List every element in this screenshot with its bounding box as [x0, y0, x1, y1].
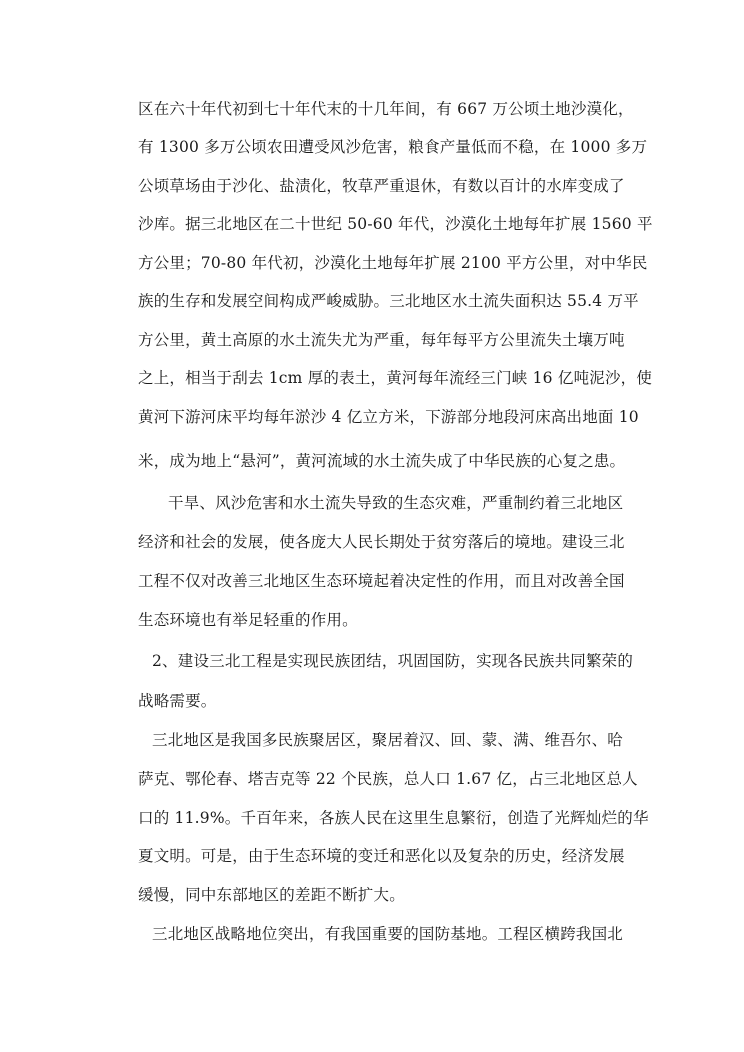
- p1-line-4: 沙库。据三北地区在二十世纪 50-60 年代，沙漠化土地每年扩展 1560 平: [138, 213, 602, 235]
- p1-line-10: 米，成为地上“悬河”，黄河流域的水土流失成了中华民族的心复之患。: [138, 450, 602, 472]
- p1-line-8: 之上，相当于刮去 1cm 厚的表土，黄河每年流经三门峡 16 亿吨泥沙，使: [138, 367, 602, 389]
- p1-line-9: 黄河下游河床平均每年淤沙 4 亿立方米，下游部分地段河床高出地面 10: [138, 406, 602, 428]
- document-page: 区在六十年代初到七十年代末的十几年间，有 667 万公顷土地沙漠化， 有 130…: [0, 0, 744, 1052]
- p1-line-3: 公顷草场由于沙化、盐渍化，牧草严重退休，有数以百计的水库变成了: [138, 175, 602, 197]
- section-heading-2-cont: 战略需要。: [138, 690, 602, 712]
- p2-line-3: 工程不仅对改善三北地区生态环境起着决定性的作用，而且对改善全国: [138, 570, 602, 592]
- p4-line-5: 缓慢，同中东部地区的差距不断扩大。: [138, 884, 602, 906]
- p1-line-1: 区在六十年代初到七十年代末的十几年间，有 667 万公顷土地沙漠化，: [138, 98, 602, 120]
- p2-line-1: 干旱、风沙危害和水土流失导致的生态灾难，严重制约着三北地区: [168, 492, 602, 514]
- p4-line-3: 口的 11.9%。千百年来，各族人民在这里生息繁衍，创造了光辉灿烂的华: [138, 807, 602, 829]
- p4-line-2: 萨克、鄂伦春、塔吉克等 22 个民族，总人口 1.67 亿，占三北地区总人: [138, 768, 602, 790]
- p2-line-2: 经济和社会的发展，使各庞大人民长期处于贫穷落后的境地。建设三北: [138, 531, 602, 553]
- p5-line-1: 三北地区战略地位突出，有我国重要的国防基地。工程区横跨我国北: [152, 923, 602, 945]
- p1-line-2: 有 1300 多万公顷农田遭受风沙危害，粮食产量低而不稳，在 1000 多万: [138, 136, 602, 158]
- p2-line-4: 生态环境也有举足轻重的作用。: [138, 609, 602, 631]
- p4-line-1: 三北地区是我国多民族聚居区，聚居着汉、回、蒙、满、维吾尔、哈: [152, 729, 602, 751]
- p4-line-4: 夏文明。可是，由于生态环境的变迁和恶化以及复杂的历史，经济发展: [138, 845, 602, 867]
- p1-line-7: 方公里，黄土高原的水土流失尤为严重，每年每平方公里流失土壤万吨: [138, 329, 602, 351]
- section-heading-2: 2、建设三北工程是实现民族团结，巩固国防，实现各民族共同繁荣的: [152, 650, 602, 672]
- p1-line-5: 方公里；70-80 年代初，沙漠化土地每年扩展 2100 平方公里，对中华民: [138, 252, 602, 274]
- p1-line-6: 族的生存和发展空间构成严峻威胁。三北地区水土流失面积达 55.4 万平: [138, 290, 602, 312]
